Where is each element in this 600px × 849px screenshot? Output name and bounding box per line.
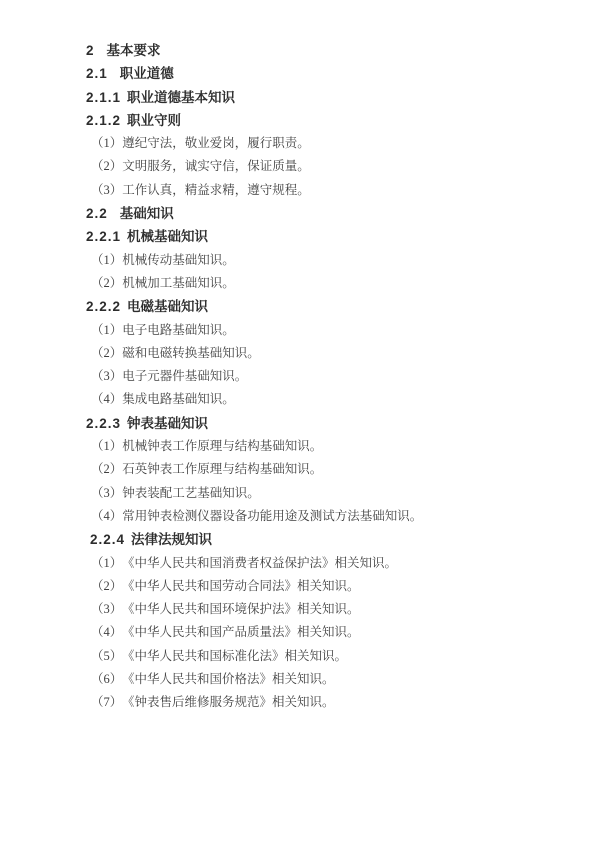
list-item-2-2-3-2: （2）石英钟表工作原理与结构基础知识。 [91,458,570,481]
list-item-2-2-3-3: （3）钟表装配工艺基础知识。 [91,482,570,505]
item-number: （1） [91,136,122,150]
heading-2-2-4: 2.2.4法律法规知识 [90,528,570,551]
heading-number: 2.2 [86,206,108,221]
list-item-2-2-4-7: （7）《钟表售后维修服务规范》相关知识。 [91,691,570,714]
heading-2-2-1: 2.2.1机械基础知识 [86,225,570,248]
item-number: （3） [91,369,122,383]
item-text: 《中华人民共和国环境保护法》相关知识。 [128,602,359,616]
item-number: （2） [91,276,122,290]
list-item-2-2-2-4: （4）集成电路基础知识。 [91,388,570,411]
item-text: 石英钟表工作原理与结构基础知识。 [122,462,322,476]
heading-label: 法律法规知识 [131,532,212,547]
heading-number: 2.2.3 [86,416,121,431]
item-number: （4） [91,392,122,406]
item-text: 《中华人民共和国消费者权益保护法》相关知识。 [128,556,397,570]
heading-number: 2 [86,43,95,58]
heading-label: 钟表基础知识 [127,416,208,431]
item-text: 遵纪守法，敬业爱岗，履行职责。 [122,136,310,150]
item-text: 《中华人民共和国价格法》相关知识。 [128,672,334,686]
item-text: 电子元器件基础知识。 [122,369,247,383]
heading-number: 2.2.1 [86,229,121,244]
item-text: 《钟表售后维修服务规范》相关知识。 [128,695,334,709]
heading-label: 职业守则 [127,113,181,128]
heading-label: 电磁基础知识 [127,299,208,314]
item-number: （2） [91,579,122,593]
heading-number: 2.2.4 [90,532,125,547]
item-text: 工作认真，精益求精，遵守规程。 [122,183,310,197]
document-page: 2基本要求 2.1职业道德 2.1.1职业道德基本知识 2.1.2职业守则 （1… [0,0,600,849]
heading-2-2-3: 2.2.3钟表基础知识 [86,412,570,435]
item-text: 机械钟表工作原理与结构基础知识。 [122,439,322,453]
heading-label: 职业道德基本知识 [127,90,235,105]
item-number: （4） [91,509,122,523]
item-number: （1） [91,556,122,570]
item-number: （1） [91,253,122,267]
item-number: （1） [91,323,122,337]
heading-number: 2.1.1 [86,90,121,105]
item-number: （3） [91,602,122,616]
item-text: 常用钟表检测仪器设备功能用途及测试方法基础知识。 [122,509,422,523]
item-number: （2） [91,159,122,173]
list-item-2-2-2-3: （3）电子元器件基础知识。 [91,365,570,388]
item-text: 《中华人民共和国产品质量法》相关知识。 [128,625,359,639]
list-item-2-2-4-4: （4）《中华人民共和国产品质量法》相关知识。 [91,621,570,644]
heading-2-2-2: 2.2.2电磁基础知识 [86,295,570,318]
item-text: 电子电路基础知识。 [122,323,235,337]
heading-number: 2.1 [86,66,108,81]
item-number: （3） [91,486,122,500]
list-item-2-2-1-1: （1）机械传动基础知识。 [91,249,570,272]
list-item-2-2-4-2: （2）《中华人民共和国劳动合同法》相关知识。 [91,575,570,598]
item-number: （4） [91,625,122,639]
item-number: （5） [91,649,122,663]
item-text: 《中华人民共和国劳动合同法》相关知识。 [128,579,359,593]
heading-number: 2.1.2 [86,113,121,128]
list-item-2-2-4-3: （3）《中华人民共和国环境保护法》相关知识。 [91,598,570,621]
heading-label: 机械基础知识 [127,229,208,244]
list-item-2-2-4-6: （6）《中华人民共和国价格法》相关知识。 [91,668,570,691]
list-item-2-2-3-4: （4）常用钟表检测仪器设备功能用途及测试方法基础知识。 [91,505,570,528]
item-number: （2） [91,462,122,476]
list-item-2-2-3-1: （1）机械钟表工作原理与结构基础知识。 [91,435,570,458]
item-text: 文明服务，诚实守信，保证质量。 [122,159,310,173]
list-item-2-2-2-2: （2）磁和电磁转换基础知识。 [91,342,570,365]
heading-label: 基础知识 [120,206,174,221]
heading-2: 2基本要求 [86,39,570,62]
list-item-2-2-4-5: （5）《中华人民共和国标准化法》相关知识。 [91,645,570,668]
item-number: （6） [91,672,122,686]
heading-2-2: 2.2基础知识 [86,202,570,225]
list-item-2-2-1-2: （2）机械加工基础知识。 [91,272,570,295]
heading-2-1: 2.1职业道德 [86,62,570,85]
list-item-2-1-2-1: （1）遵纪守法，敬业爱岗，履行职责。 [91,132,570,155]
item-number: （2） [91,346,122,360]
item-text: 机械传动基础知识。 [122,253,235,267]
heading-2-1-1: 2.1.1职业道德基本知识 [86,86,570,109]
item-number: （3） [91,183,122,197]
list-item-2-2-2-1: （1）电子电路基础知识。 [91,319,570,342]
list-item-2-1-2-3: （3）工作认真，精益求精，遵守规程。 [91,179,570,202]
item-text: 集成电路基础知识。 [122,392,235,406]
heading-2-1-2: 2.1.2职业守则 [86,109,570,132]
item-text: 《中华人民共和国标准化法》相关知识。 [128,649,347,663]
item-text: 机械加工基础知识。 [122,276,235,290]
document-content: 2基本要求 2.1职业道德 2.1.1职业道德基本知识 2.1.2职业守则 （1… [0,0,600,715]
list-item-2-1-2-2: （2）文明服务，诚实守信，保证质量。 [91,155,570,178]
item-number: （7） [91,695,122,709]
item-number: （1） [91,439,122,453]
list-item-2-2-4-1: （1）《中华人民共和国消费者权益保护法》相关知识。 [91,552,570,575]
heading-label: 职业道德 [120,66,174,81]
item-text: 钟表装配工艺基础知识。 [122,486,260,500]
heading-number: 2.2.2 [86,299,121,314]
heading-label: 基本要求 [107,43,161,58]
item-text: 磁和电磁转换基础知识。 [122,346,260,360]
